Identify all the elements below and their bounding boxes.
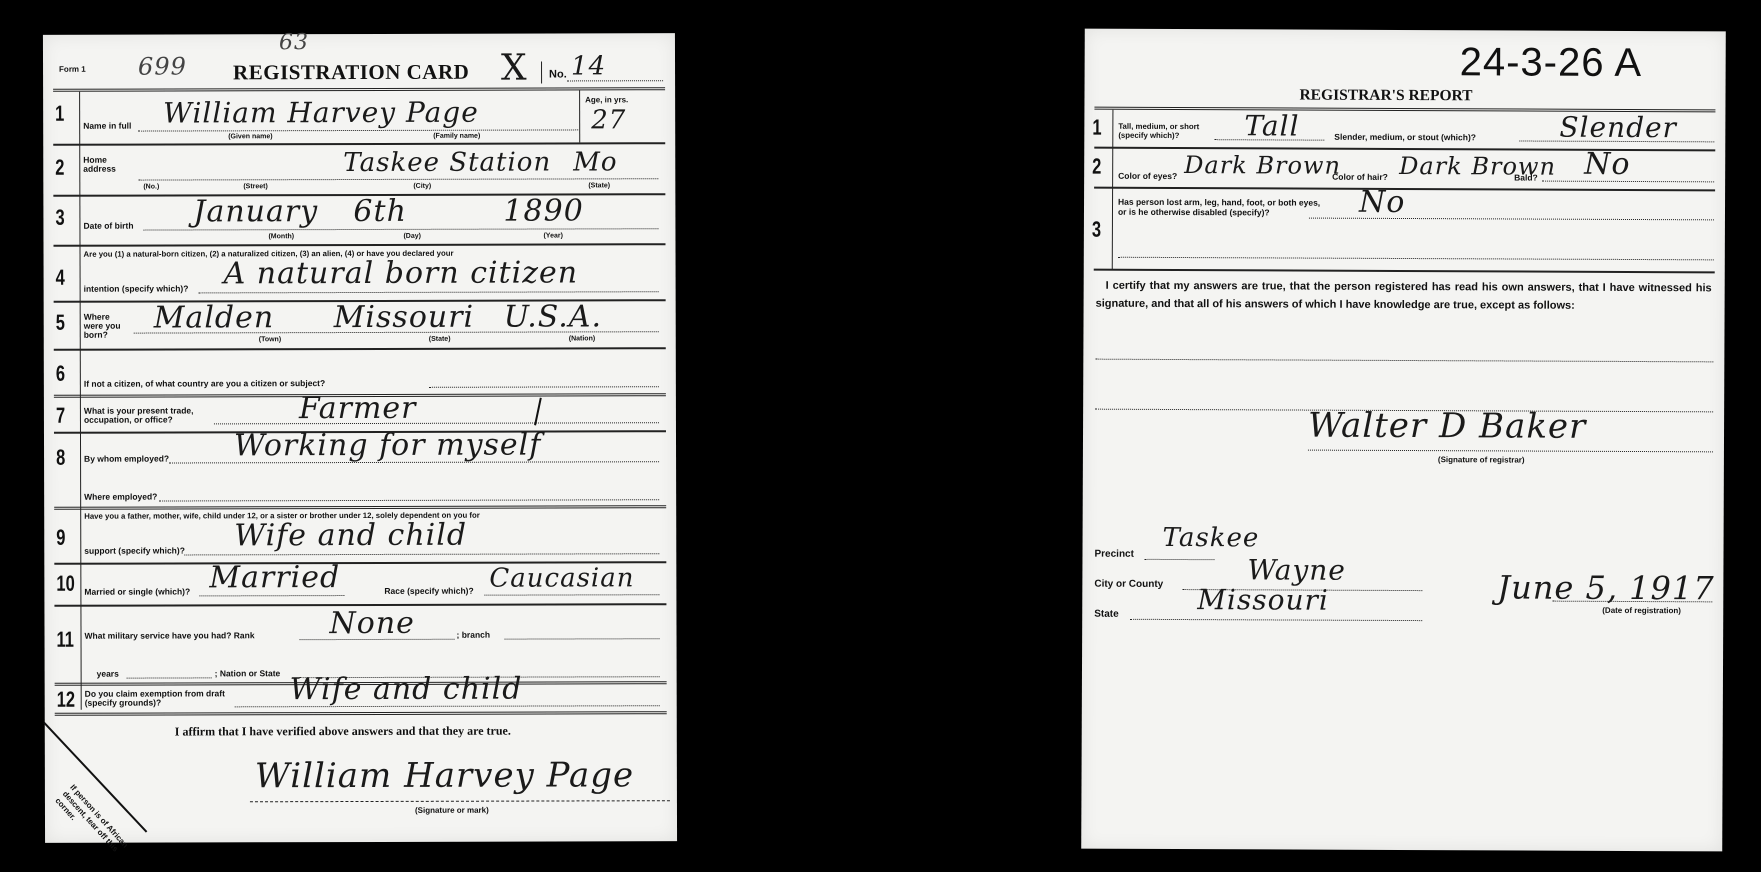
county-label: City or County <box>1094 579 1163 590</box>
employment-place-label: Where employed? <box>84 492 157 502</box>
signature-label: (Signature or mark) <box>415 806 489 815</box>
build-label: Slender, medium, or stout (which)? <box>1334 132 1476 143</box>
registration-date-label: (Date of registration) <box>1602 606 1681 615</box>
citizenship-label: intention (specify which)? <box>84 283 189 293</box>
branch-label: ; branch <box>457 630 491 640</box>
number-label: No. <box>549 68 567 80</box>
age-value: 27 <box>591 105 626 135</box>
state-label: State <box>1094 609 1119 620</box>
foreign-citizenship-label: If not a citizen, of what country are yo… <box>84 378 325 389</box>
exemption-label: Do you claim exemption from draft (speci… <box>85 689 240 707</box>
birth-nation: U.S.A. <box>504 299 602 334</box>
birthplace-label: Where were you born? <box>84 313 129 340</box>
registrar-signature: Walter D Baker <box>1308 406 1586 447</box>
precinct-value: Taskee <box>1163 523 1260 553</box>
bald-value: No <box>1584 147 1630 182</box>
number-value: 14 <box>571 51 606 81</box>
years-label: years <box>97 669 119 679</box>
dob-month: January <box>193 194 318 229</box>
registrar-signature-label: (Signature of registrar) <box>1438 455 1525 464</box>
serial-number: 24-3-26 A <box>1460 40 1643 86</box>
certification-text: I certify that my answers are true, that… <box>1096 277 1712 316</box>
address-label: Home address <box>83 156 133 174</box>
marital-value: Married <box>209 560 340 595</box>
state-value: Missouri <box>1197 583 1329 617</box>
citizenship-value: A natural born citizen <box>224 255 579 291</box>
nation-state-label: ; Nation or State <box>215 668 281 678</box>
employer-value: Working for myself <box>234 428 541 464</box>
affirmation-text: I affirm that I have verified above answ… <box>175 724 511 740</box>
birth-state: Missouri <box>334 300 475 335</box>
registration-card-front: Form 1 699 63 REGISTRATION CARD X No. 14… <box>43 33 677 843</box>
report-title: REGISTRAR'S REPORT <box>1299 87 1472 106</box>
name-value: William Harvey Page <box>163 96 479 130</box>
bald-label: Bald? <box>1514 172 1538 182</box>
dependents-label: support (specify which)? <box>84 545 185 555</box>
disability-value: No <box>1359 185 1405 220</box>
divider <box>541 62 542 84</box>
corner-note: If person is of African descent, tear of… <box>53 783 142 872</box>
hair-color-label: Color of hair? <box>1332 172 1388 182</box>
dob-label: Date of birth <box>83 221 133 231</box>
eye-color-label: Color of eyes? <box>1118 171 1177 181</box>
registrars-report-back: 24-3-26 A REGISTRAR'S REPORT 1 Tall, med… <box>1081 29 1726 852</box>
precinct-label: Precinct <box>1094 549 1134 560</box>
employer-label: By whom employed? <box>84 453 169 463</box>
card-title: REGISTRATION CARD <box>233 60 469 86</box>
military-value: None <box>329 606 414 641</box>
military-label: What military service have you had? Rank <box>85 630 255 640</box>
exemption-value: Wife and child <box>290 672 523 708</box>
build-value: Slender <box>1559 111 1677 145</box>
birth-town: Malden <box>154 300 275 335</box>
age-label: Age, in yrs. <box>585 95 628 104</box>
address-state: Mo <box>573 147 617 177</box>
form-label: Form 1 <box>59 65 86 74</box>
serial-overwrite: 63 <box>279 30 309 55</box>
occupation-value: Farmer <box>299 391 417 426</box>
disability-label: Has person lost arm, leg, hand, foot, or… <box>1118 197 1328 218</box>
occupation-label: What is your present trade, occupation, … <box>84 406 219 424</box>
county-value: Wayne <box>1247 553 1346 586</box>
x-mark: X <box>501 48 528 89</box>
eye-color-value: Dark Brown <box>1184 151 1341 180</box>
header-rule <box>53 87 665 92</box>
address-city: Taskee Station <box>343 147 551 178</box>
height-value: Tall <box>1244 109 1299 142</box>
name-label: Name in full <box>83 121 131 131</box>
row-number-divider <box>79 92 82 710</box>
dependents-value: Wife and child <box>234 518 467 554</box>
serial-handwritten: 699 <box>138 52 187 80</box>
dob-year: 1890 <box>503 193 583 228</box>
registrant-signature: William Harvey Page <box>255 755 634 796</box>
row-number: 1 <box>55 101 64 127</box>
race-value: Caucasian <box>489 563 634 593</box>
height-label: Tall, medium, or short (specify which)? <box>1118 122 1228 140</box>
race-label: Race (specify which)? <box>384 586 473 596</box>
dob-day: 6th <box>353 194 407 229</box>
marital-label: Married or single (which)? <box>84 586 190 596</box>
